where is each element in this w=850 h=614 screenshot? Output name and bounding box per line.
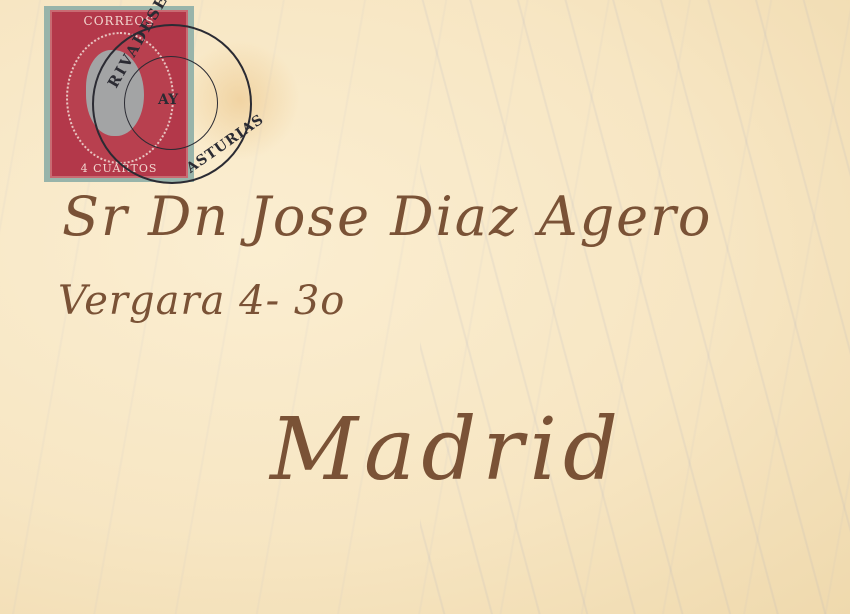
postmark-date: AY	[158, 92, 178, 108]
show-through-writing	[420, 0, 850, 614]
address-street: Vergara 4- 3o	[58, 278, 345, 324]
address-recipient: Sr Dn Jose Diaz Agero	[62, 185, 712, 248]
address-city: Madrid	[270, 400, 624, 500]
circular-postmark: RIVADESELLA AY ASTURIAS	[92, 24, 252, 184]
